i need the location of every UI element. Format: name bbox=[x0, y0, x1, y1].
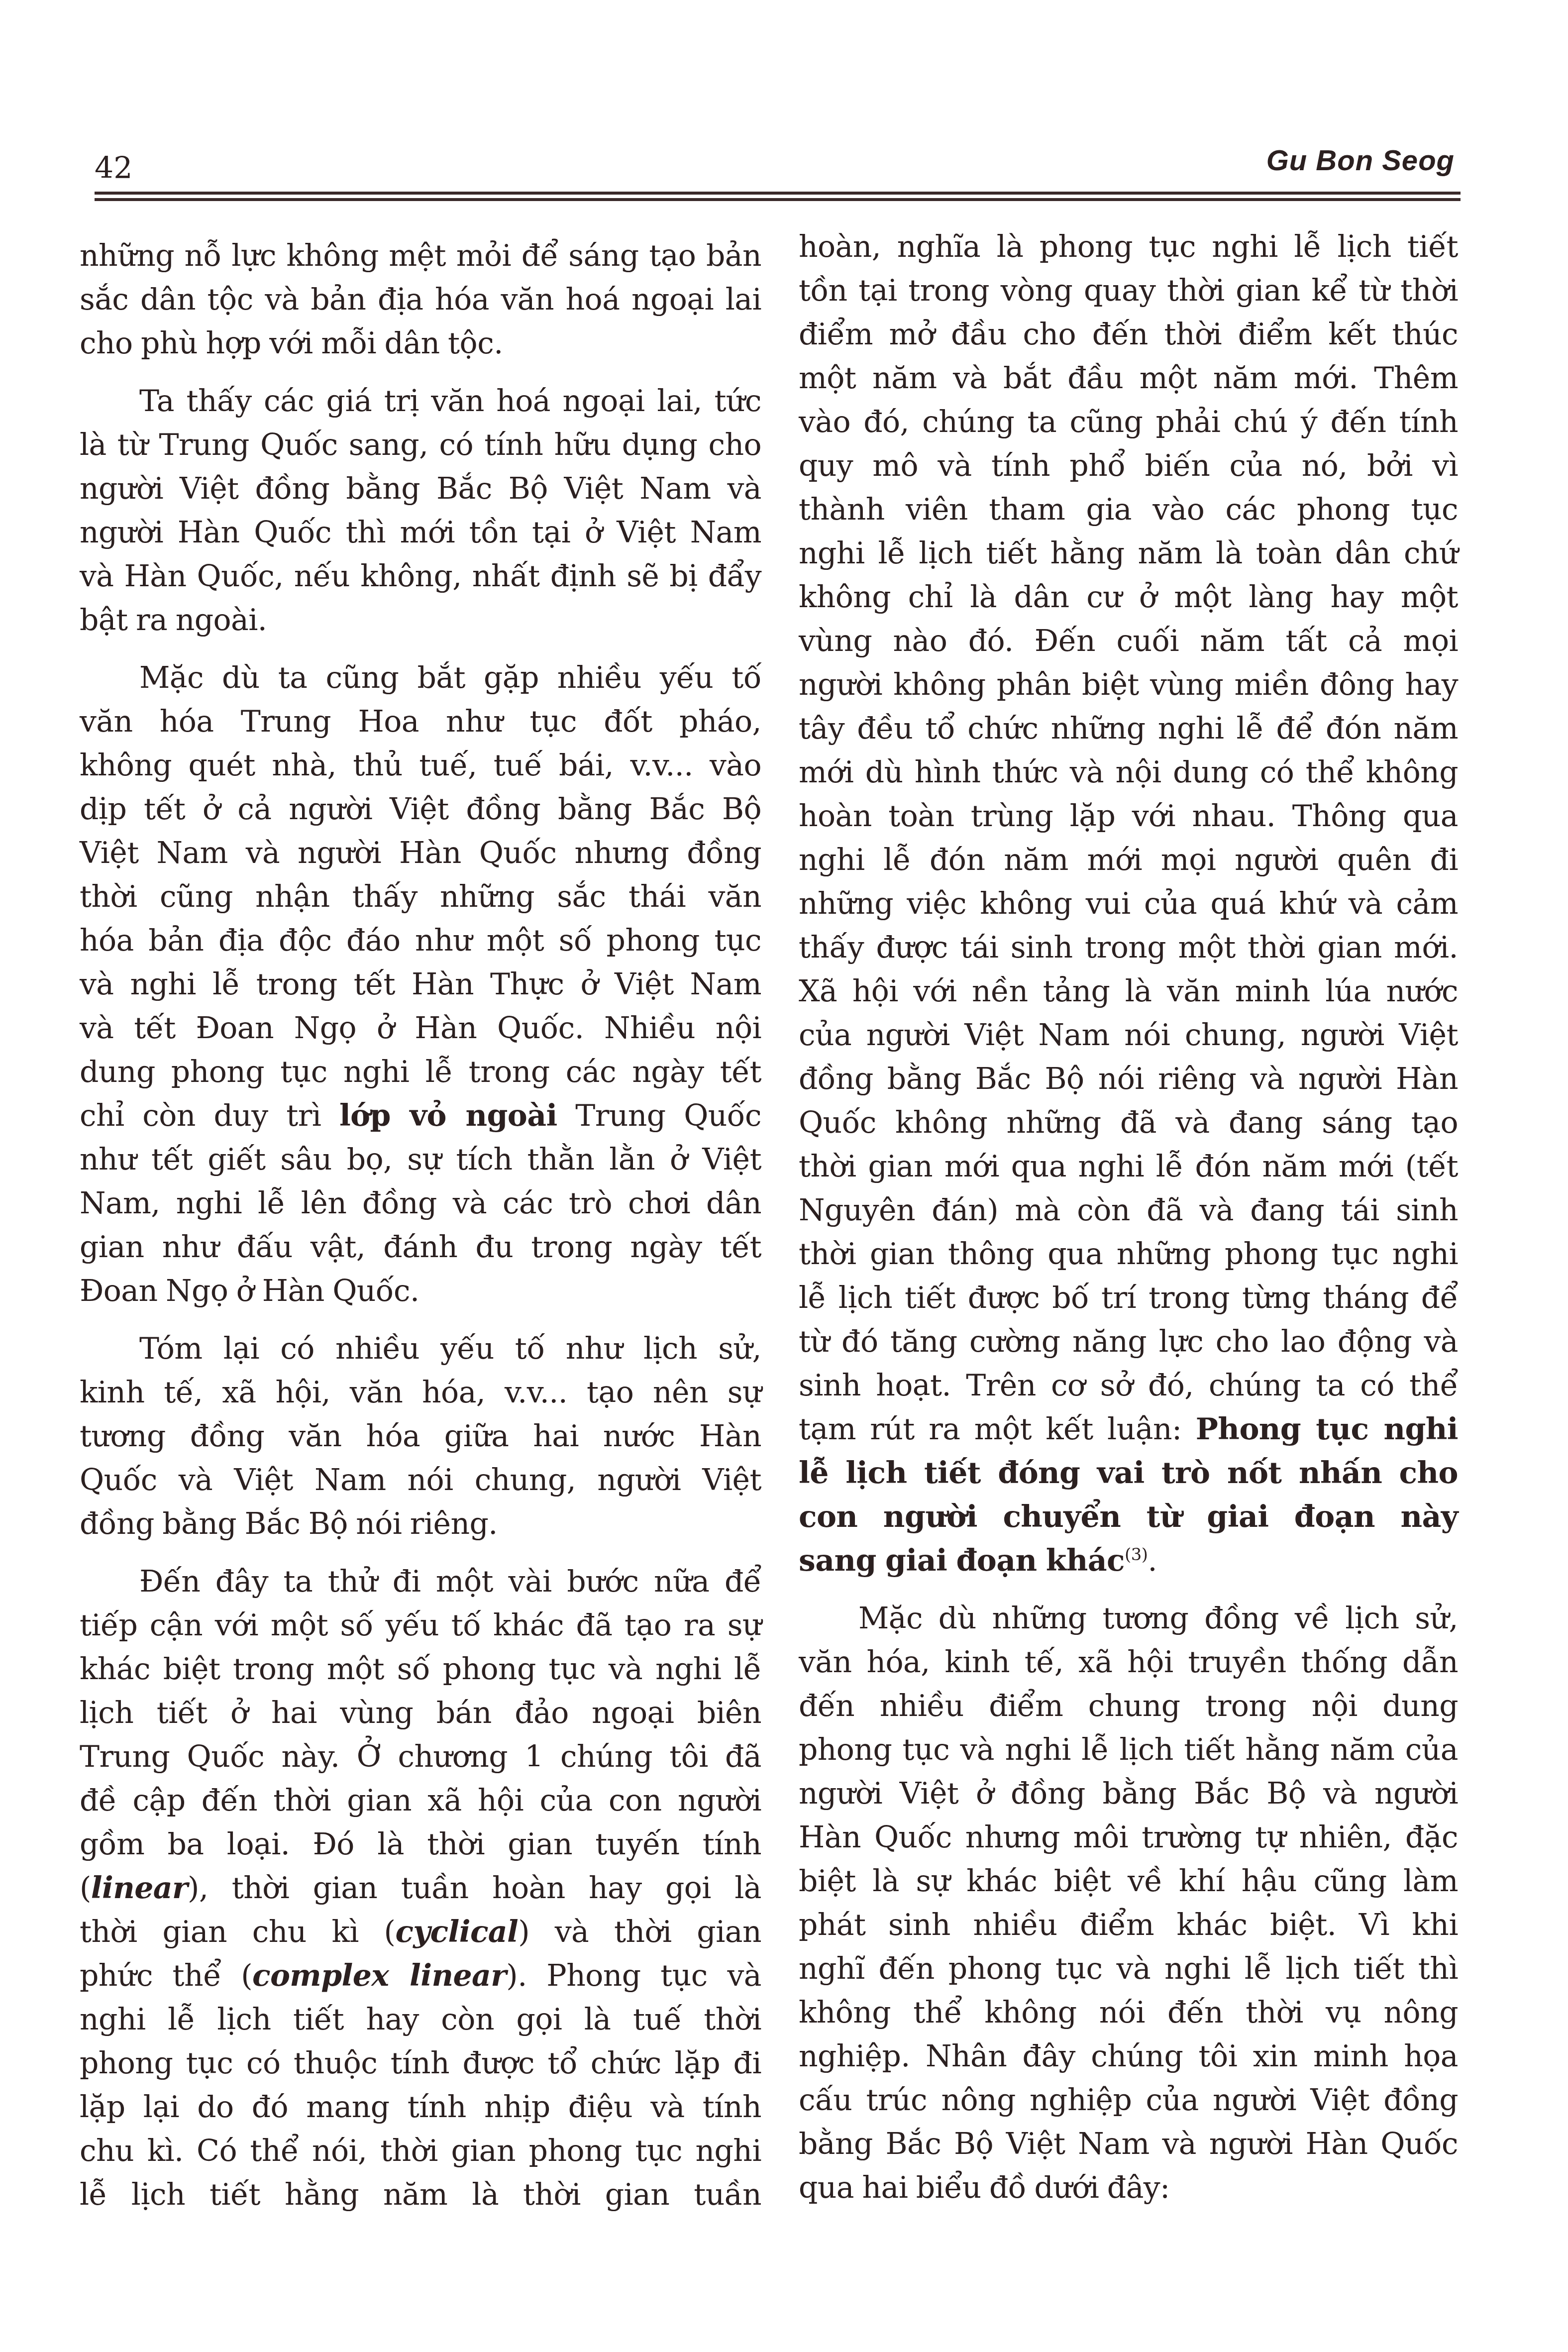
text-line: và Hàn Quốc, nếu không, nhất định sẽ bị … bbox=[80, 554, 761, 598]
text-line: là từ Trung Quốc sang, có tính hữu dụng … bbox=[80, 423, 761, 467]
text-line: sang giai đoạn khác(3). bbox=[799, 1539, 1458, 1583]
text-line: nghi lễ đón năm mới mọi người quên đi bbox=[799, 838, 1458, 882]
text-line: thời gian chu kì (cyclical) và thời gian bbox=[80, 1910, 761, 1954]
text-line: đến nhiều điểm chung trong nội dung bbox=[799, 1684, 1458, 1728]
right-column: hoàn, nghĩa là phong tục nghi lễ lịch ti… bbox=[799, 225, 1458, 2224]
text-line: người không phân biệt vùng miền đông hay bbox=[799, 663, 1458, 707]
paragraph-7: Mặc dù những tương đồng về lịch sử, văn … bbox=[799, 1597, 1458, 2210]
text-line: phong tục có thuộc tính được tổ chức lặp… bbox=[80, 2041, 761, 2085]
text-line: phức thể (complex linear). Phong tục và bbox=[80, 1954, 761, 1998]
text-line: chỉ còn duy trì lớp vỏ ngoài Trung Quốc bbox=[80, 1094, 761, 1138]
paragraph-4: Tóm lại có nhiều yếu tố như lịch sử, kin… bbox=[80, 1327, 761, 1546]
text-line: như tết giết sâu bọ, sự tích thằn lằn ở … bbox=[80, 1138, 761, 1181]
text-line: người Việt ở đồng bằng Bắc Bộ và người bbox=[799, 1772, 1458, 1816]
text-line: sinh hoạt. Trên cơ sở đó, chúng ta có th… bbox=[799, 1364, 1458, 1407]
text-line: vùng nào đó. Đến cuối năm tất cả mọi bbox=[799, 619, 1458, 663]
text-line: lễ lịch tiết được bố trí trong từng thán… bbox=[799, 1276, 1458, 1320]
text-line: một năm và bắt đầu một năm mới. Thêm bbox=[799, 356, 1458, 400]
text-line: Đến đây ta thử đi một vài bước nữa để bbox=[80, 1560, 761, 1604]
text-line: và tết Đoan Ngọ ở Hàn Quốc. Nhiều nội bbox=[80, 1006, 761, 1050]
conclusion-emphasis: Phong tục nghi bbox=[1196, 1412, 1458, 1447]
term-cyclical: cyclical bbox=[395, 1915, 518, 1949]
text-line: con người chuyển từ giai đoạn này bbox=[799, 1495, 1458, 1539]
text-line: hóa bản địa độc đáo như một số phong tục bbox=[80, 919, 761, 962]
running-head-author: Gu Bon Seog bbox=[1266, 146, 1455, 175]
text-line: bằng Bắc Bộ Việt Nam và người Hàn Quốc bbox=[799, 2122, 1458, 2166]
text-line: tiếp cận với một số yếu tố khác đã tạo r… bbox=[80, 1604, 761, 1647]
text-line: khác biệt trong một số phong tục và nghi… bbox=[80, 1647, 761, 1691]
text-line: Nam, nghi lễ lên đồng và các trò chơi dâ… bbox=[80, 1181, 761, 1225]
text-line: mới dù hình thức và nội dung có thể khôn… bbox=[799, 750, 1458, 794]
text-line: thời gian thông qua những phong tục nghi bbox=[799, 1232, 1458, 1276]
text-line: lễ lịch tiết hằng năm là thời gian tuần bbox=[80, 2173, 761, 2217]
text-line: người Hàn Quốc thì mới tồn tại ở Việt Na… bbox=[80, 511, 761, 554]
text-line: đồng bằng Bắc Bộ nói riêng. bbox=[80, 1502, 761, 1546]
text-line: thời cũng nhận thấy những sắc thái văn bbox=[80, 875, 761, 919]
text-line: thấy được tái sinh trong một thời gian m… bbox=[799, 926, 1458, 969]
paragraph-2: Ta thấy các giá trị văn hoá ngoại lai, t… bbox=[80, 379, 761, 642]
text-line: điểm mở đầu cho đến thời điểm kết thúc bbox=[799, 313, 1458, 356]
paragraph-3: Mặc dù ta cũng bắt gặp nhiều yếu tố văn … bbox=[80, 656, 761, 1313]
text-line: nghi lễ lịch tiết hằng năm là toàn dân c… bbox=[799, 532, 1458, 575]
text-line: quy mô và tính phổ biến của nó, bởi vì bbox=[799, 444, 1458, 488]
text-line: Ta thấy các giá trị văn hoá ngoại lai, t… bbox=[80, 379, 761, 423]
text-line: vào đó, chúng ta cũng phải chú ý đến tín… bbox=[799, 400, 1458, 444]
text-line: không thể không nói đến thời vụ nông bbox=[799, 1991, 1458, 2034]
text-line: những việc không vui của quá khứ và cảm bbox=[799, 882, 1458, 926]
text-line: nghiệp. Nhân đây chúng tôi xin minh họa bbox=[799, 2034, 1458, 2078]
text-line: nghi lễ lịch tiết hay còn gọi là tuế thờ… bbox=[80, 1998, 761, 2041]
text-line: người Việt đồng bằng Bắc Bộ Việt Nam và bbox=[80, 467, 761, 511]
text-line: Mặc dù những tương đồng về lịch sử, bbox=[799, 1597, 1458, 1640]
text-line: tương đồng văn hóa giữa hai nước Hàn bbox=[80, 1414, 761, 1458]
text-line: không chỉ là dân cư ở một làng hay một bbox=[799, 575, 1458, 619]
text-line: đề cập đến thời gian xã hội của con ngườ… bbox=[80, 1779, 761, 1822]
text-line: gồm ba loại. Đó là thời gian tuyến tính bbox=[80, 1822, 761, 1866]
text-line: cho phù hợp với mỗi dân tộc. bbox=[80, 321, 761, 365]
text-line: tồn tại trong vòng quay thời gian kể từ … bbox=[799, 269, 1458, 313]
text-line: (linear), thời gian tuần hoàn hay gọi là bbox=[80, 1866, 761, 1910]
term-complex-linear: complex linear bbox=[252, 1958, 506, 1993]
paragraph-1: những nỗ lực không mệt mỏi để sáng tạo b… bbox=[80, 234, 761, 365]
text-line: và nghi lễ trong tết Hàn Thực ở Việt Nam bbox=[80, 962, 761, 1006]
text-line: Việt Nam và người Hàn Quốc nhưng đồng bbox=[80, 831, 761, 875]
conclusion-emphasis: sang giai đoạn khác bbox=[799, 1543, 1125, 1578]
text-line: tạm rút ra một kết luận: Phong tục nghi bbox=[799, 1407, 1458, 1451]
text-line: Xã hội với nền tảng là văn minh lúa nước bbox=[799, 969, 1458, 1013]
text-line: biệt là sự khác biệt về khí hậu cũng làm bbox=[799, 1859, 1458, 1903]
footnote-reference[interactable]: (3) bbox=[1125, 1545, 1148, 1565]
text-line: của người Việt Nam nói chung, người Việt bbox=[799, 1013, 1458, 1057]
text-line: không quét nhà, thủ tuế, tuế bái, v.v...… bbox=[80, 744, 761, 787]
page-header: 42 Gu Bon Seog bbox=[95, 144, 1461, 189]
text-line: từ đó tăng cường năng lực cho lao động v… bbox=[799, 1320, 1458, 1364]
text-line: sắc dân tộc và bản địa hóa văn hoá ngoại… bbox=[80, 278, 761, 321]
text-line: kinh tế, xã hội, văn hóa, v.v... tạo nên… bbox=[80, 1371, 761, 1414]
text-line: lịch tiết ở hai vùng bán đảo ngoại biên bbox=[80, 1691, 761, 1735]
text-line: thời gian mới qua nghi lễ đón năm mới (t… bbox=[799, 1145, 1458, 1188]
text-line: văn hóa, kinh tế, xã hội truyền thống dẫ… bbox=[799, 1640, 1458, 1684]
text-line: phát sinh nhiều điểm khác biệt. Vì khi bbox=[799, 1903, 1458, 1947]
header-rule-top bbox=[95, 192, 1461, 195]
text-line: thành viên tham gia vào các phong tục bbox=[799, 488, 1458, 532]
term-linear: linear bbox=[91, 1871, 188, 1906]
text-line: Hàn Quốc nhưng môi trường tự nhiên, đặc bbox=[799, 1816, 1458, 1859]
text-line: đồng bằng Bắc Bộ nói riêng và người Hàn bbox=[799, 1057, 1458, 1101]
text-line: Quốc không những đã và đang sáng tạo bbox=[799, 1101, 1458, 1145]
text-line: nghĩ đến phong tục và nghi lễ lịch tiết … bbox=[799, 1947, 1458, 1991]
paragraph-5: Đến đây ta thử đi một vài bước nữa để ti… bbox=[80, 1560, 761, 2217]
text-line: Quốc và Việt Nam nói chung, người Việt bbox=[80, 1458, 761, 1502]
text-line: Mặc dù ta cũng bắt gặp nhiều yếu tố bbox=[80, 656, 761, 700]
text-line: văn hóa Trung Hoa như tục đốt pháo, bbox=[80, 700, 761, 744]
text-line: những nỗ lực không mệt mỏi để sáng tạo b… bbox=[80, 234, 761, 278]
text-line: phong tục và nghi lễ lịch tiết hằng năm … bbox=[799, 1728, 1458, 1772]
text-line: qua hai biểu đồ dưới đây: bbox=[799, 2166, 1458, 2210]
paragraph-6: hoàn, nghĩa là phong tục nghi lễ lịch ti… bbox=[799, 225, 1458, 1583]
text-line: bật ra ngoài. bbox=[80, 598, 761, 642]
text-line: Trung Quốc này. Ở chương 1 chúng tôi đã bbox=[80, 1735, 761, 1779]
emphasis-text: lớp vỏ ngoài bbox=[339, 1098, 557, 1133]
text-line: Đoan Ngọ ở Hàn Quốc. bbox=[80, 1269, 761, 1313]
text-line: Nguyên đán) mà còn đã và đang tái sinh bbox=[799, 1188, 1458, 1232]
header-rule-bottom bbox=[95, 198, 1461, 201]
left-column: những nỗ lực không mệt mỏi để sáng tạo b… bbox=[80, 234, 761, 2231]
text-line: gian như đấu vật, đánh đu trong ngày tết bbox=[80, 1225, 761, 1269]
text-line: dịp tết ở cả người Việt đồng bằng Bắc Bộ bbox=[80, 787, 761, 831]
text-line: cấu trúc nông nghiệp của người Việt đồng bbox=[799, 2078, 1458, 2122]
text-line: Tóm lại có nhiều yếu tố như lịch sử, bbox=[80, 1327, 761, 1371]
text-line: hoàn toàn trùng lặp với nhau. Thông qua bbox=[799, 794, 1458, 838]
text-line: chu kì. Có thể nói, thời gian phong tục … bbox=[80, 2129, 761, 2173]
text-line: lễ lịch tiết đóng vai trò nốt nhấn cho bbox=[799, 1451, 1458, 1495]
text-line: hoàn, nghĩa là phong tục nghi lễ lịch ti… bbox=[799, 225, 1458, 269]
text-line: lặp lại do đó mang tính nhịp điệu và tín… bbox=[80, 2085, 761, 2129]
text-line: dung phong tục nghi lễ trong các ngày tế… bbox=[80, 1050, 761, 1094]
page-number: 42 bbox=[95, 153, 132, 183]
text-line: tây đều tổ chức những nghi lễ để đón năm bbox=[799, 707, 1458, 750]
